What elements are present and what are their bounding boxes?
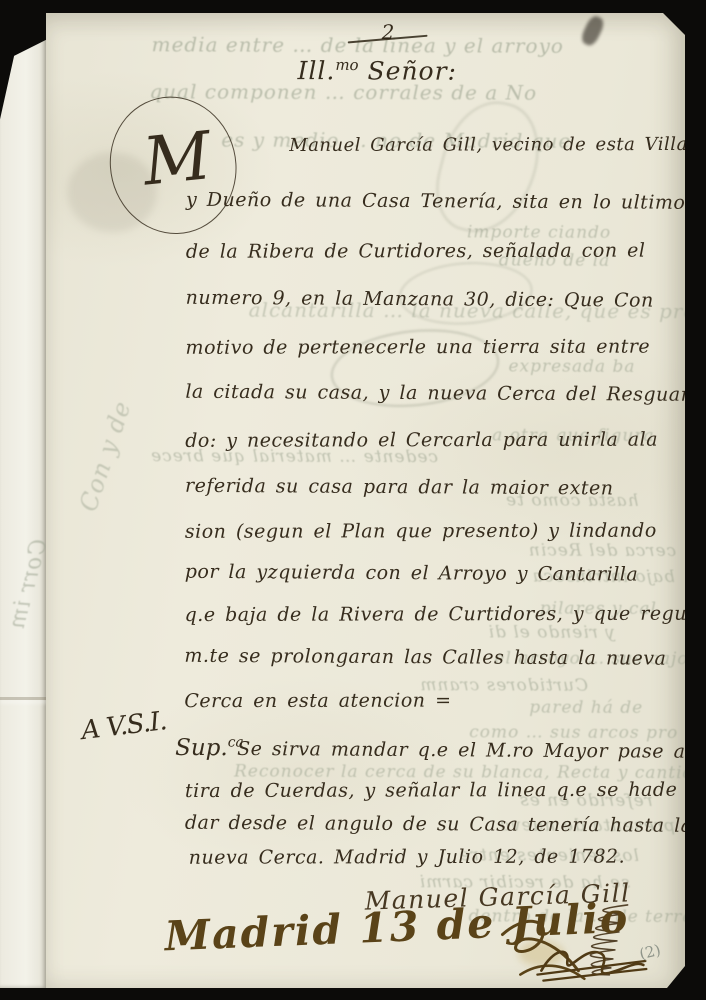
bleedthrough-fragment: y riendo el di [488, 622, 615, 642]
salutation-word: Señor: [367, 56, 457, 85]
bleedthrough-fragment: expresada ba [508, 356, 635, 376]
bleedthrough-fragment: media entre … de la linea y el arroyo [152, 32, 564, 57]
body-line: m.te se prolongaran las Calles hasta la … [184, 645, 666, 670]
ghost-flourish [426, 91, 550, 244]
page-number-mark: 2 [382, 20, 395, 44]
body-line: do: y necesitando el Cercarla para unirl… [185, 429, 658, 452]
petition-line: tira de Cuerdas, y señalar la linea q.e … [185, 779, 706, 802]
body-line: la citada su casa, y la nueva Cerca del … [185, 381, 690, 406]
petition-abbr-text: Sup. [175, 735, 228, 761]
body-line: motivo de pertenecerle una tierra sita e… [186, 336, 651, 359]
salutation-superscript: mo [335, 56, 358, 74]
pencil-folio-number: (2) [638, 941, 663, 964]
bleedthrough-fragment: cerca del Recin [528, 541, 676, 562]
bleedthrough-fragment: pared há de [529, 698, 643, 718]
body-line: por la yzquierda con el Arroyo y Cantari… [185, 561, 639, 586]
body-line: Cerca en esta atencion = [184, 689, 451, 712]
salutation: Ill.mo Señor: [297, 56, 457, 86]
body-line: sion (segun el Plan que presento) y lind… [185, 520, 657, 543]
facing-page-edge: Corr im [0, 12, 47, 988]
page-crease [0, 697, 47, 700]
body-line: y Dueño de una Casa Tenería, sita en lo … [186, 189, 685, 214]
body-line: referida su casa para dar la maior exten [185, 475, 614, 500]
petition-line: nueva Cerca. Madrid y Julio 12, de 1782. [189, 846, 625, 869]
petition-line: dar desde el angulo de su Casa tenería h… [185, 812, 693, 837]
ink-smudge [579, 14, 606, 48]
salutation-abbr: Ill. [297, 56, 335, 85]
scan-background: { "document": { "page_marker": "2", "fol… [0, 0, 706, 1000]
bleedthrough-fragment: Con y de [74, 397, 136, 515]
margin-abbreviation: A V.S.I. [80, 706, 168, 746]
opening-line: Manuel García Gill, vecino de esta Villa… [289, 134, 694, 156]
petition-abbreviation: Sup.ca [175, 734, 244, 761]
manuscript-page: media entre … de la linea y el arroyo qu… [46, 13, 685, 988]
petition-line: Se sirva mandar q.e el M.ro Mayor pase a… [237, 738, 704, 763]
bleedthrough-fragment: Corr im [4, 536, 52, 632]
body-line: numero 9, en la Manzana 30, dice: Que Co… [186, 287, 654, 312]
crossed-out-scribble [533, 939, 648, 987]
body-line: q.e baja de la Rivera de Curtidores, y q… [185, 603, 706, 626]
body-line: de la Ribera de Curtidores, señalada con… [186, 240, 646, 263]
